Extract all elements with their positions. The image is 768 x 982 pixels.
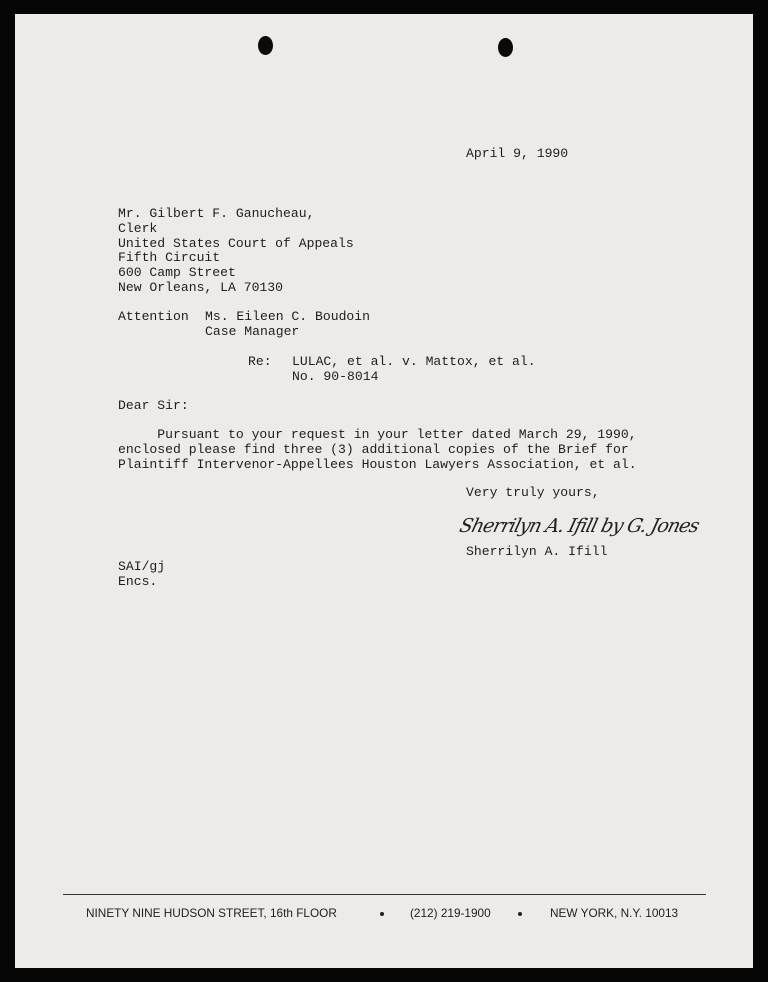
letter-page bbox=[15, 14, 753, 968]
initials: SAI/gj bbox=[118, 560, 165, 575]
re-case: LULAC, et al. v. Mattox, et al. bbox=[292, 355, 536, 370]
recipient-line: Mr. Gilbert F. Ganucheau, bbox=[118, 207, 314, 222]
re-number: No. 90-8014 bbox=[292, 370, 378, 385]
footer-divider bbox=[63, 894, 706, 895]
attention-name: Ms. Eileen C. Boudoin bbox=[205, 310, 370, 325]
footer-phone: (212) 219-1900 bbox=[410, 906, 491, 920]
letter-date: April 9, 1990 bbox=[466, 147, 568, 162]
signer-name: Sherrilyn A. Ifill bbox=[466, 545, 607, 560]
salutation: Dear Sir: bbox=[118, 399, 189, 414]
recipient-line: Fifth Circuit bbox=[118, 251, 220, 266]
footer-bullet bbox=[380, 912, 384, 916]
recipient-line: New Orleans, LA 70130 bbox=[118, 281, 283, 296]
recipient-line: United States Court of Appeals bbox=[118, 237, 354, 252]
body-line: enclosed please find three (3) additiona… bbox=[118, 443, 629, 458]
recipient-line: Clerk bbox=[118, 222, 157, 237]
enclosures: Encs. bbox=[118, 575, 157, 590]
punch-hole-right bbox=[498, 38, 513, 57]
re-label: Re: bbox=[248, 355, 272, 370]
closing: Very truly yours, bbox=[466, 486, 600, 501]
footer-city: NEW YORK, N.Y. 10013 bbox=[550, 906, 678, 920]
punch-hole-left bbox=[258, 36, 273, 55]
recipient-line: 600 Camp Street bbox=[118, 266, 236, 281]
footer-address: NINETY NINE HUDSON STREET, 16th FLOOR bbox=[86, 906, 337, 920]
body-line: Pursuant to your request in your letter … bbox=[118, 428, 637, 443]
attention-title: Case Manager bbox=[205, 325, 299, 340]
footer-bullet bbox=[518, 912, 522, 916]
handwritten-signature: Sherrilyn A. Ifill by G. Jones bbox=[457, 515, 701, 537]
attention-label: Attention bbox=[118, 310, 189, 325]
body-line: Plaintiff Intervenor-Appellees Houston L… bbox=[118, 458, 637, 473]
